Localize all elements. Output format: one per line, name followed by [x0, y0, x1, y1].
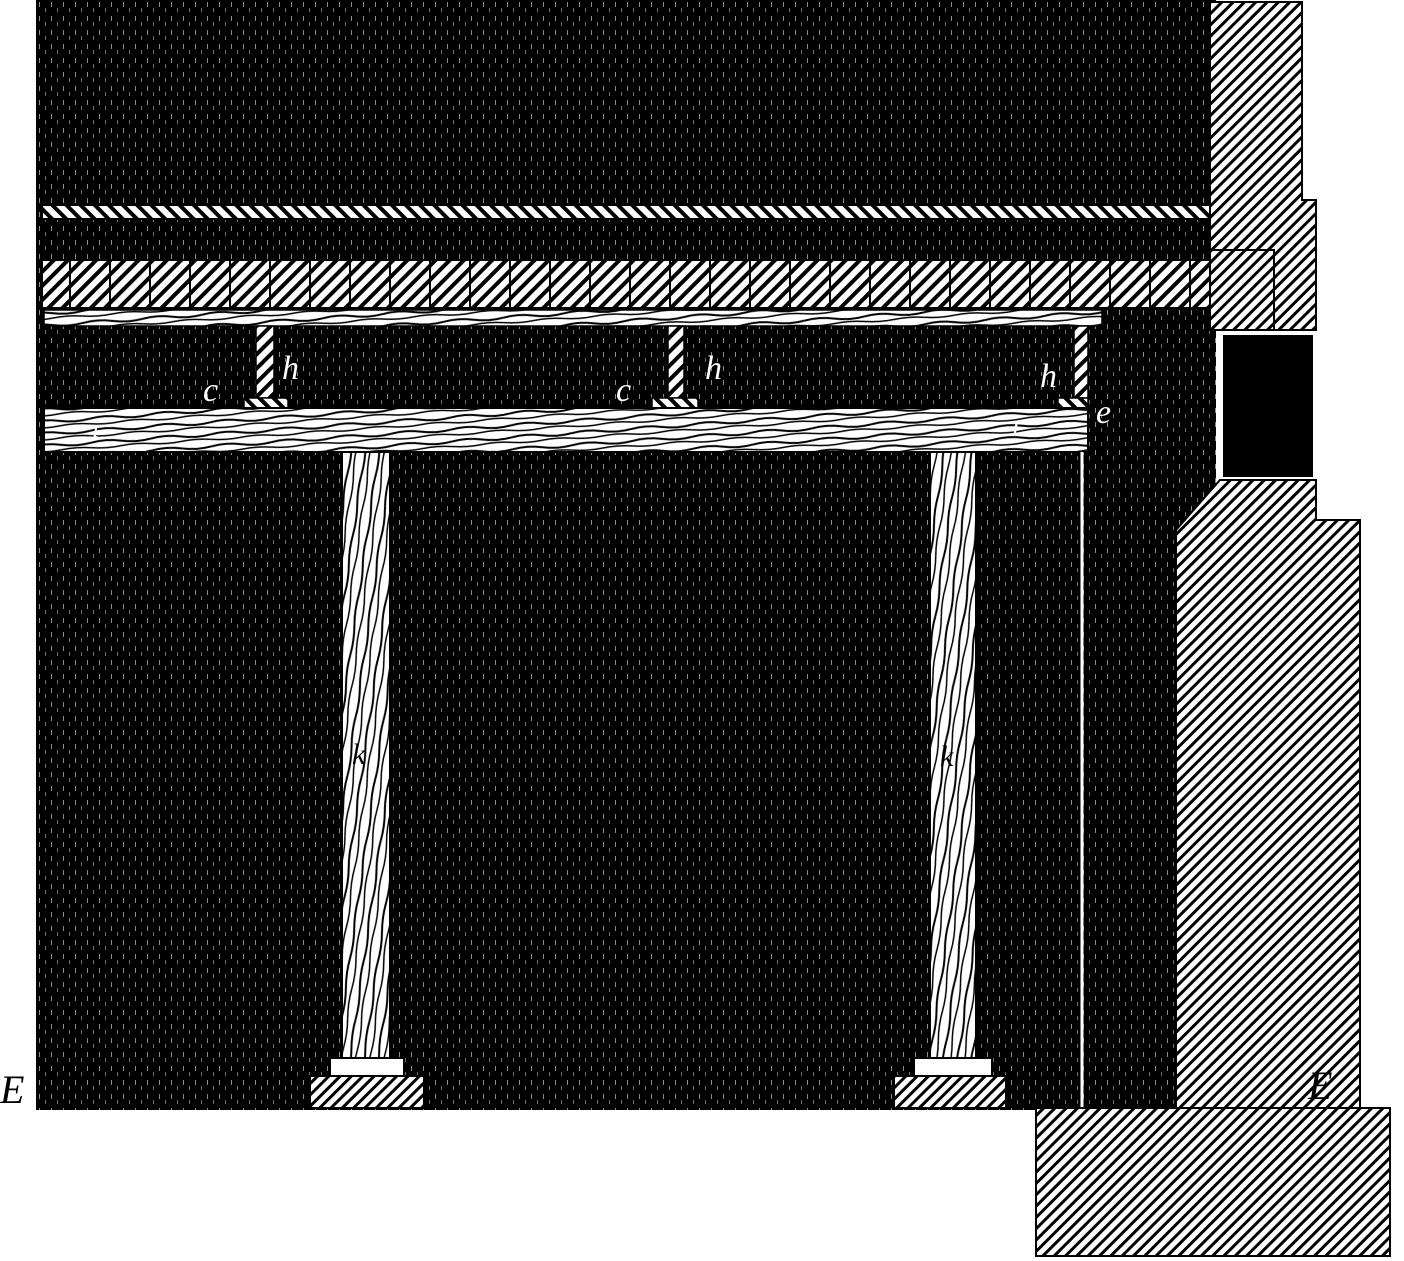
floor-boards — [42, 205, 1210, 219]
joist-band — [42, 260, 1212, 308]
post-left-cap — [330, 1058, 404, 1076]
hanger-left — [256, 326, 274, 398]
label-c-mid: c — [616, 374, 631, 408]
label-i-left: i — [92, 416, 99, 442]
hanger-mid — [668, 326, 684, 398]
floor-section-drawing — [0, 0, 1404, 1261]
label-E-right: E — [1308, 1066, 1332, 1106]
hanger-mid-foot — [652, 398, 698, 408]
post-right-cap — [914, 1058, 992, 1076]
foundation — [1036, 1108, 1390, 1256]
hanger-right — [1074, 326, 1088, 398]
label-E-left: E — [0, 1070, 24, 1110]
hanger-left-foot — [244, 398, 288, 408]
upper-room — [36, 0, 1216, 205]
label-k-right: k — [940, 742, 953, 772]
label-k-left: k — [352, 740, 365, 770]
masonry-opening — [1222, 334, 1314, 478]
label-h-left: h — [282, 352, 299, 386]
post-left-base — [310, 1076, 424, 1108]
post-left — [342, 452, 390, 1058]
label-h-right: h — [1040, 360, 1057, 394]
label-c-left: c — [203, 374, 218, 408]
masonry-block-a — [1210, 250, 1274, 330]
label-h-mid: h — [705, 352, 722, 386]
masonry-lower — [1176, 480, 1360, 1110]
hanger-right-foot — [1058, 398, 1088, 408]
ceiling-plank — [44, 310, 1102, 326]
main-beam — [44, 408, 1088, 452]
label-e: e — [1096, 396, 1111, 430]
label-i-right: i — [1012, 412, 1020, 440]
post-right-base — [894, 1076, 1006, 1108]
